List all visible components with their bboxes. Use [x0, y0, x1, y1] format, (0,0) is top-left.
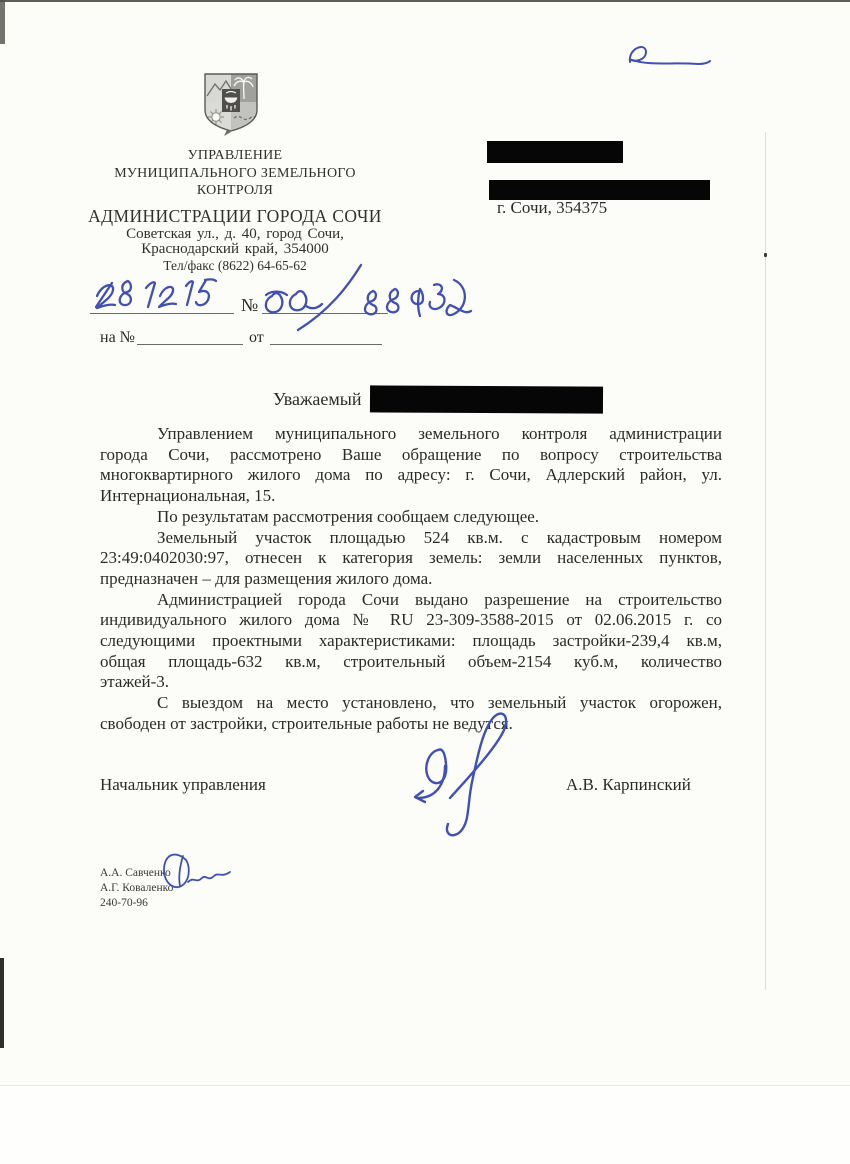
body-line: Администрацией города Сочи выдано разреш… — [100, 590, 722, 611]
body-line: 23:49:0402030:97, отнесен к категория зе… — [100, 548, 722, 569]
body-line: Земельный участок площадью 524 кв.м. с к… — [100, 528, 722, 549]
executor-signature — [136, 844, 246, 902]
reply-to-number-label: на № — [100, 329, 135, 347]
body-line: этажей-3. — [100, 672, 722, 693]
signatory-position: Начальник управления — [100, 775, 266, 795]
body-line: Управлением муниципального земельного ко… — [100, 424, 722, 445]
signatory-name: А.В. Карпинский — [566, 775, 691, 795]
org-address-line1: Советская ул., д. 40, город Сочи, — [80, 227, 390, 243]
scan-edge-corner — [0, 0, 5, 44]
body-paragraphs: Управлением муниципального земельного ко… — [100, 424, 722, 735]
scanned-letter-page: УПРАВЛЕНИЕ МУНИЦИПАЛЬНОГО ЗЕМЕЛЬНОГО КОН… — [0, 0, 850, 1164]
handwritten-outgoing-number — [258, 258, 476, 340]
sochi-coat-of-arms-icon — [203, 72, 259, 136]
redaction-bar-recipient-1 — [487, 141, 623, 163]
body-line: индивидуального жилого дома № RU 23-309-… — [100, 610, 722, 631]
body-line: города Сочи, рассмотрено Ваше обращение … — [100, 445, 722, 466]
org-name-line4: АДМИНИСТРАЦИИ ГОРОДА СОЧИ — [80, 205, 390, 227]
reply-from-label: от — [249, 329, 264, 347]
number-sign-label: № — [241, 295, 258, 316]
org-address-line2: Краснодарский край, 354000 — [80, 242, 390, 258]
scan-edge-left — [0, 958, 4, 1048]
body-line: Интернациональная, 15. — [100, 486, 722, 507]
redaction-bar-recipient-2 — [489, 180, 710, 200]
scan-edge-top — [0, 0, 850, 2]
scan-speck — [764, 253, 767, 257]
scan-fold-line — [765, 132, 766, 990]
body-line: общая площадь-632 кв.м, строительный объ… — [100, 652, 722, 673]
redaction-bar-addressee-name — [370, 385, 603, 413]
recipient-city: г. Сочи, 354375 — [497, 198, 607, 218]
body-line: следующими проектными характеристиками: … — [100, 631, 722, 652]
org-name-line1: УПРАВЛЕНИЕ — [80, 147, 390, 165]
reply-number-underline — [137, 344, 243, 345]
scanner-background — [0, 1086, 850, 1164]
body-line: многоквартирного жилого дома по адресу: … — [100, 465, 722, 486]
salutation-text: Уважаемый — [273, 389, 362, 410]
body-line: предназначен – для размещения жилого дом… — [100, 569, 722, 590]
org-name-line2: МУНИЦИПАЛЬНОГО ЗЕМЕЛЬНОГО — [80, 165, 390, 183]
date-underline — [90, 313, 234, 314]
letterhead: УПРАВЛЕНИЕ МУНИЦИПАЛЬНОГО ЗЕМЕЛЬНОГО КОН… — [80, 147, 390, 274]
body-line: По результатам рассмотрения сообщаем сле… — [100, 507, 722, 528]
org-name-line3: КОНТРОЛЯ — [80, 182, 390, 200]
handwritten-date — [94, 276, 218, 314]
handwritten-initial-mark — [608, 34, 723, 76]
reply-date-underline — [270, 344, 382, 345]
head-signature — [398, 694, 523, 844]
